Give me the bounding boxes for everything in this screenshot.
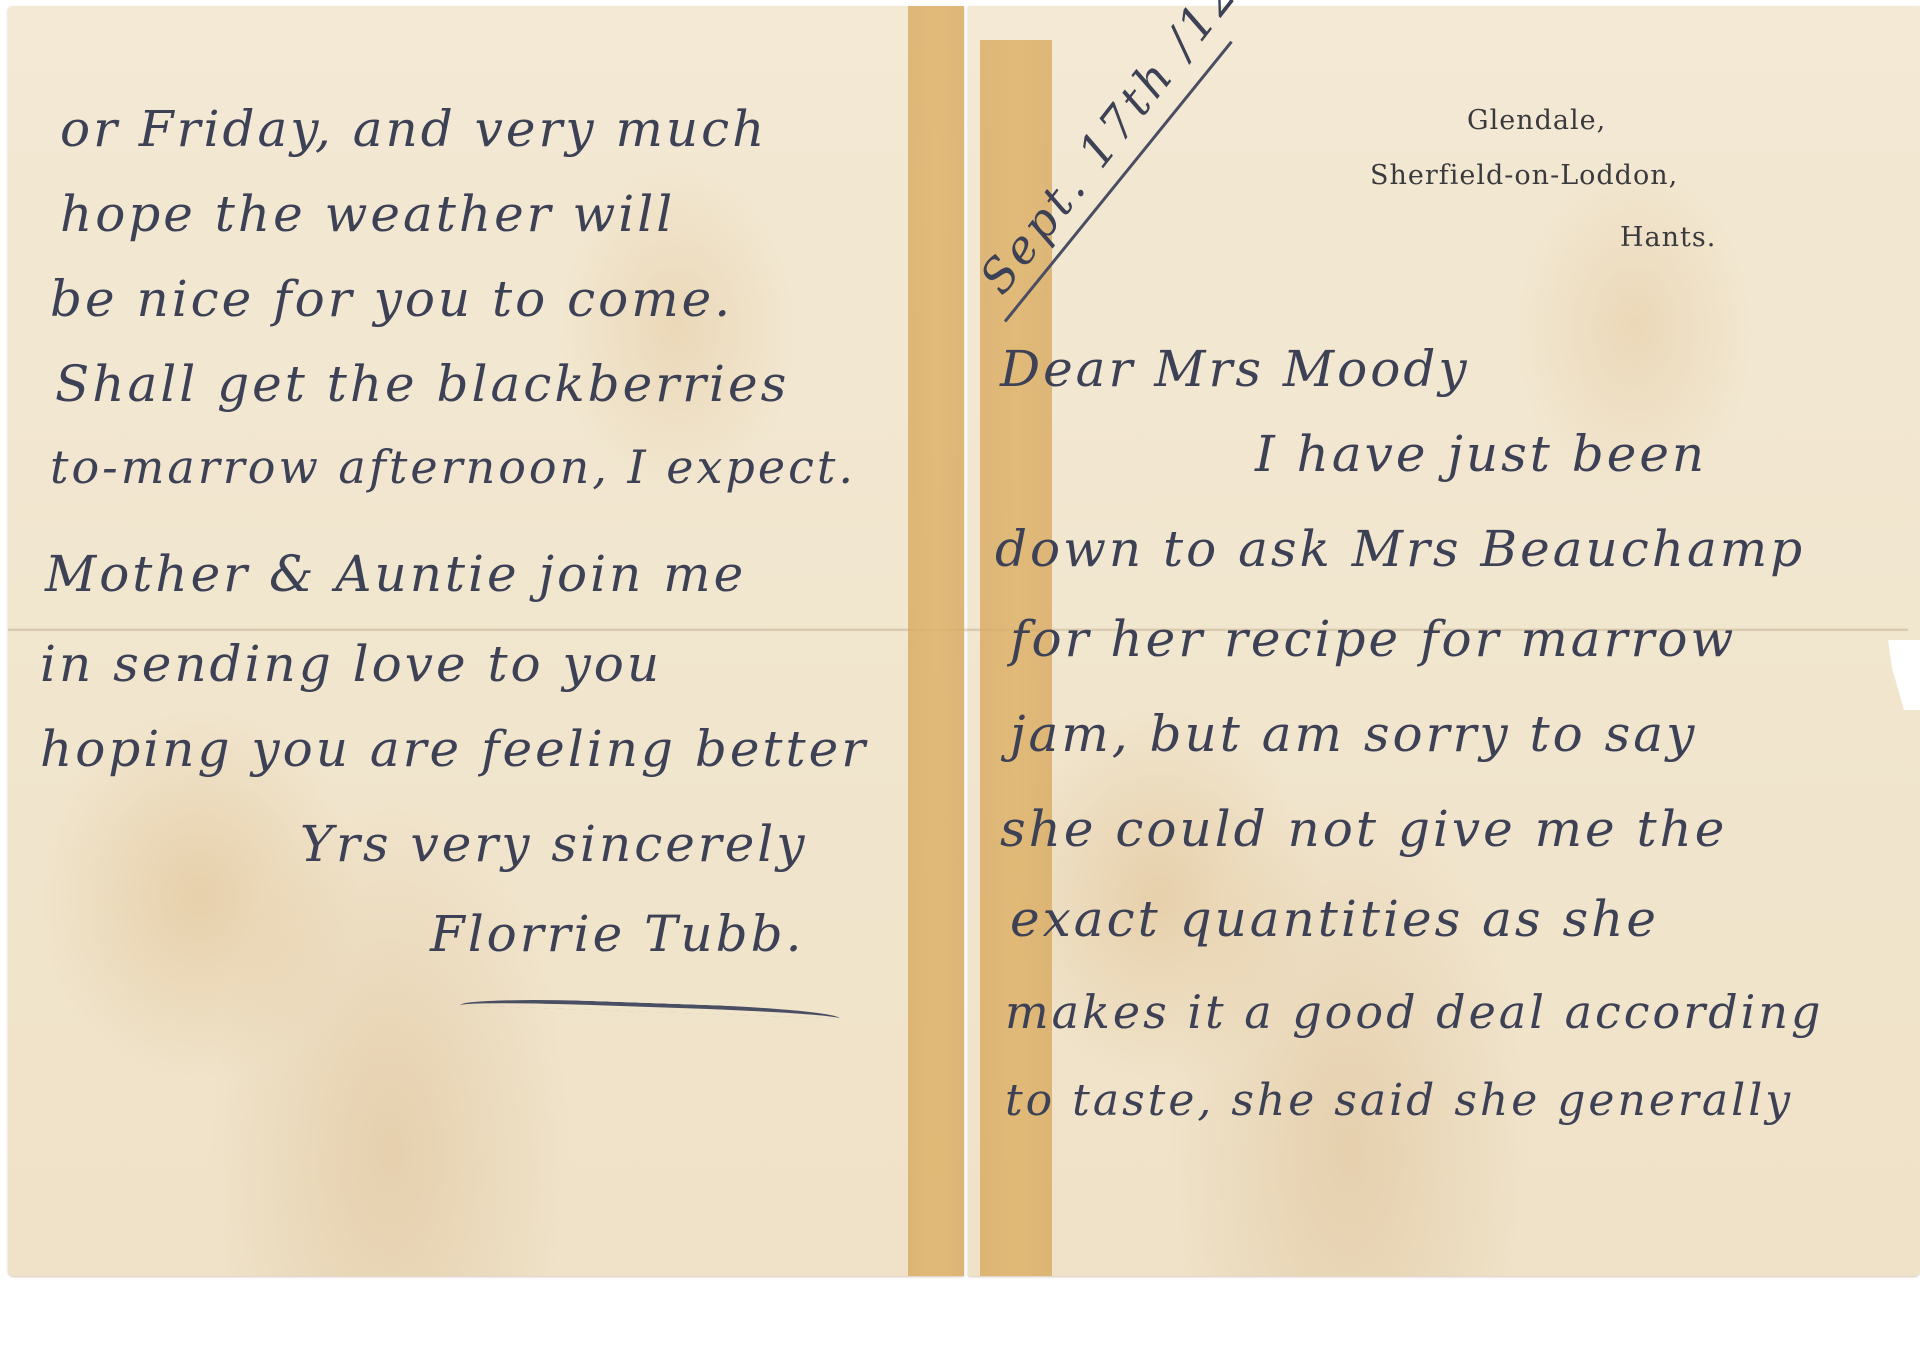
closing: Yrs very sincerely [300,815,808,873]
left-line-5: to-marrow afternoon, I expect. [50,440,856,494]
right-line-1: I have just been [1255,425,1707,483]
left-line-3: be nice for you to come. [50,270,733,328]
right-line-5: she could not give me the [1000,800,1727,858]
left-line-7: in sending love to you [40,635,662,693]
signature: Florrie Tubb. [430,905,805,963]
right-line-6: exact quantities as she [1010,890,1659,948]
left-line-2: hope the weather will [60,185,675,243]
left-line-4: Shall get the blackberries [55,355,789,413]
left-line-1: or Friday, and very much [60,100,767,158]
tape-strip-left [908,6,964,1276]
right-line-2: down to ask Mrs Beauchamp [995,520,1805,578]
right-line-7: makes it a good deal according [1005,985,1823,1039]
right-line-4: jam, but am sorry to say [1010,705,1697,763]
left-line-6: Mother & Auntie join me [45,545,746,603]
letterhead-line-1: Glendale, [1467,105,1606,136]
right-line-3: for her recipe for marrow [1010,610,1736,668]
salutation: Dear Mrs Moody [1000,340,1470,398]
right-line-8: to taste, she said she generally [1005,1075,1793,1126]
left-line-8: hoping you are feeling better [40,720,868,778]
letterhead-line-3: Hants. [1620,222,1716,253]
letterhead-line-2: Sherfield-on-Loddon, [1370,160,1678,191]
